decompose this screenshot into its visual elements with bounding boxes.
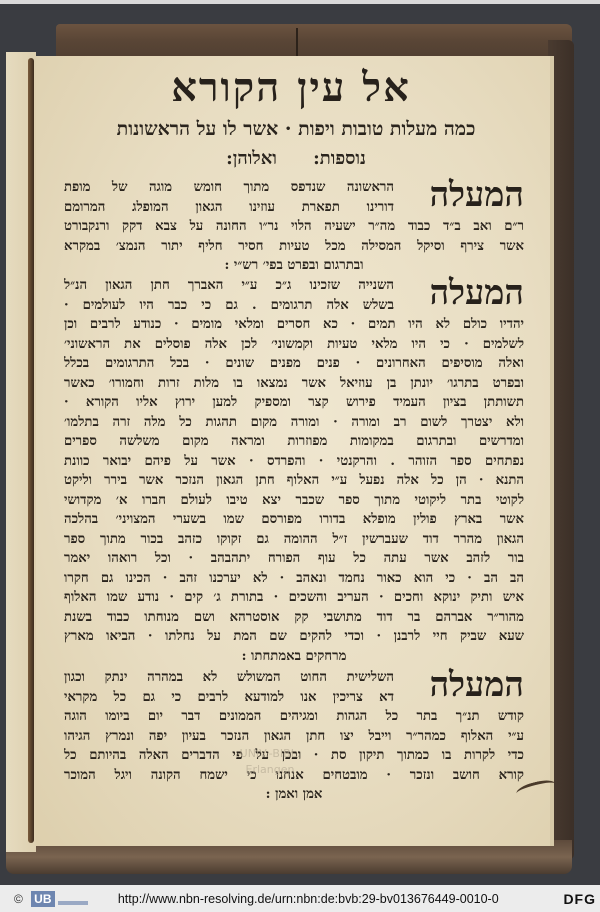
text-line: דורינו תפארת עוזינו הגאון המופלג המרומם: [64, 198, 394, 218]
text-line: ומדרשים ובתרגום במקומות מפוזרות ומראה מק…: [64, 432, 524, 452]
page-subtitle-2: נוספות: ואלוהן:: [66, 148, 526, 169]
text-line: ר״ם ואב ב״ד כבוד מה״ר ישעיה הלוי נר״ו הח…: [64, 217, 524, 237]
page-title: אל עין הקורא: [126, 64, 456, 111]
stamp-line: Erlangen: [228, 762, 312, 778]
ub-logo[interactable]: UB: [31, 891, 55, 907]
text-line: הב הב · כי הוא כאור נחמד ונאהב · לא יערכ…: [64, 569, 524, 589]
text-line: אשר צירף וסיקל המסילה מכל טעיות חסיר חלי…: [64, 237, 524, 257]
text-line: השנייה שזכינו ג״כ ע״י האברך חתן הגאון הנ…: [64, 276, 394, 296]
text-line: איש ותיק ינוקא וחכים · העריב והשכים · בת…: [64, 588, 524, 608]
text-line: התנא · הן כל אלה נפעל ע״י האלוף חתן הגאו…: [64, 471, 524, 491]
text-line: הגאון מהרר דוד שעברשין ז״ל ההומה גם זקוק…: [64, 530, 524, 550]
text-line: ע״י האלוף כמהר״ר וייבל יצו חתן הגאון הנז…: [64, 727, 524, 747]
text-line: לשלמים · כי היו מלאי טעיות וקמשוני׳ לכן …: [64, 335, 524, 355]
text-line: בור לזהב אשר עתה כל עוף הפורח יתהבהב · ו…: [64, 549, 524, 569]
text-line: נפתחים ספר הזוהר . והרקנטי · והפרדס · אש…: [64, 452, 524, 472]
text-line: קודש תנ״ך בתר כל הגהות ומגיהים הממונים ד…: [64, 707, 524, 727]
text-line: תשותתן בציון העמיד פירוש קצר ומספיק למען…: [64, 393, 524, 413]
text-line: מהור״ר אברהם בר דוד מתושבי קק אוסטרהא וש…: [64, 608, 524, 628]
text-line: ובפרט בתרגו׳ יונתן בן עוזיאל אשר נמצאו ב…: [64, 374, 524, 394]
book-page: אל עין הקורא כמה מעלות טובות ויפות · אשר…: [36, 56, 554, 846]
page-subtitle: כמה מעלות טובות ויפות · אשר לו על הראשונ…: [66, 118, 526, 141]
text-line: מרחקים באמתחתו :: [64, 647, 524, 667]
text-line: אשר בארץ פולין מופלא בדורו מפורסם שמו בש…: [64, 510, 524, 530]
text-line: השלישית החוט המשולש לא במהרה ינתק וכגון: [64, 668, 394, 688]
text-line: אמן ואמן :: [64, 785, 524, 805]
ub-logo-subtitle: [58, 901, 88, 905]
text-line: הראשונה שנדפס מתוך חומש מוגה של מופת: [64, 178, 394, 198]
drop-word: המעלה: [430, 276, 524, 310]
stamp-line: UNIV.-BIBL.: [228, 746, 312, 762]
drop-word: המעלה: [430, 178, 524, 212]
section-first: המעלה הראשונה שנדפס מתוך חומש מוגה של מו…: [64, 178, 524, 276]
book-gutter: [28, 58, 34, 843]
text-line: יהדיו כולם לא היו תמים · כא חסרים ומלאי …: [64, 315, 524, 335]
section-third: המעלה השלישית החוט המשולש לא במהרה ינתק …: [64, 668, 524, 805]
copyright-icon: ©: [14, 892, 23, 906]
dfg-logo[interactable]: DFG: [563, 891, 596, 907]
permalink-url[interactable]: http://www.nbn-resolving.de/urn:nbn:de:b…: [118, 892, 499, 906]
section-second: המעלה השנייה שזכינו ג״כ ע״י האברך חתן הג…: [64, 276, 524, 666]
text-line: דא צריכין אנו למודעא לרבים כי גם כל מקרא…: [64, 688, 394, 708]
text-line: בשלש אלה תרגומים . גם כי כבר היו לעולמים…: [64, 296, 394, 316]
scan-viewer: אל עין הקורא כמה מעלות טובות ויפות · אשר…: [0, 0, 600, 885]
text-line: ואלה מוסיפים האחרונים · פנים מפנים שונים…: [64, 354, 524, 374]
footer-bar: © UB http://www.nbn-resolving.de/urn:nbn…: [0, 885, 600, 912]
text-line: שעא שביק חיי לרבנן · וכדי להקים שם המת ע…: [64, 627, 524, 647]
drop-word: המעלה: [430, 668, 524, 702]
library-stamp: UNIV.-BIBL. Erlangen: [228, 746, 312, 778]
text-line: ולא יצטרך לשום רב ומורה · ומורה מקום תהג…: [64, 413, 524, 433]
text-line: לקוטי בתר ליקוטי מתוך ספר שכבר יצא טיבו …: [64, 491, 524, 511]
